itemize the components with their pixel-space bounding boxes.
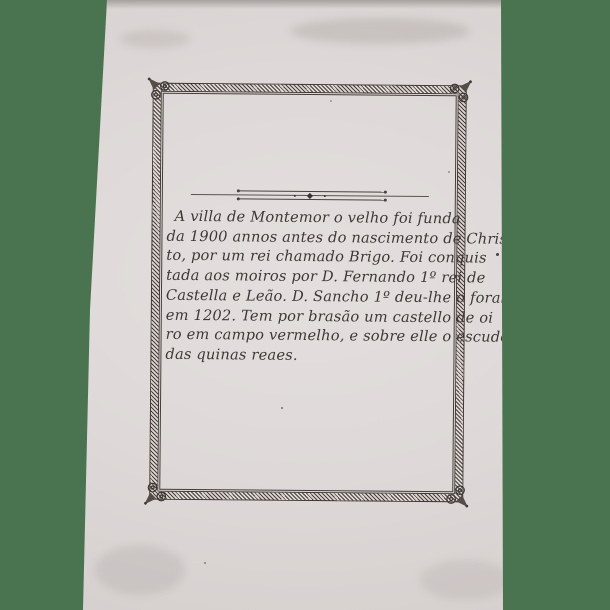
manuscript-line: em 1202. Tem por brasão um castello de o…: [166, 305, 462, 327]
manuscript-line: tada aos moiros por D. Fernando 1º rei d…: [166, 266, 462, 288]
divider-dot: [294, 194, 296, 196]
paper-sheet: ◆ A villa de Montemor o velho foi funda …: [0, 0, 610, 610]
manuscript-text: A villa de Montemor o velho foi funda da…: [165, 207, 462, 367]
manuscript-line: ro em campo vermelho, e sobre elle o esc…: [166, 325, 462, 347]
divider-dot: [324, 195, 326, 197]
page-content: ◆ A villa de Montemor o velho foi funda …: [0, 0, 610, 610]
head-divider-rule: ◆: [191, 190, 429, 202]
manuscript-line: A villa de Montemor o velho foi funda: [167, 207, 463, 229]
manuscript-line: to, por um rei chamado Brigo. Foi conqui…: [166, 246, 462, 268]
manuscript-line: Castella e Leão. D. Sancho 1º deu-lhe o …: [166, 286, 462, 308]
manuscript-line: da 1900 annos antes do nascimento de Chr…: [166, 226, 462, 248]
photo-of-manuscript-page: { "meta": { "background_color": "#4a7450…: [0, 0, 610, 610]
divider-diamond-icon: ◆: [307, 192, 313, 200]
manuscript-line: das quinas reaes.: [165, 345, 461, 367]
